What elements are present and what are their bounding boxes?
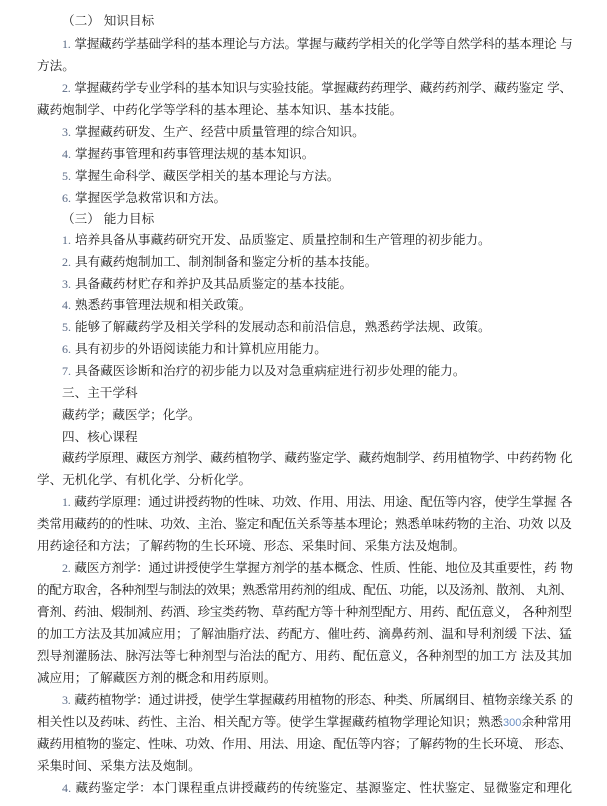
line-text-tail: 余种常用 [521,714,571,729]
text-line: 藏药炮制学、中药化学等学科的基本理论、基本知识、基本技能。 [37,102,402,118]
text-line: 四、核心课程 [62,429,138,445]
text-line: 5. 能够了解藏药学及相关学科的发展动态和前沿信息，熟悉药学法规、政策。 [62,319,491,335]
list-number: 3. [62,693,71,707]
text-line: 烈导剂灌肠法、脉泻法等七种剂型与治法的配方、用药、配伍意义，各种剂型的加工方 法… [37,648,572,664]
text-line: 用药途径和方法；了解药物的生长环境、形态、采集时间、采集方法及炮制。 [37,538,465,554]
line-text: 膏剂、药油、煅制剂、药酒、珍宝类药物、草药配方等十种剂型配方、用药、配伍意义， … [37,604,572,619]
line-text: 藏药用植物的鉴定、性味、功效、作用、用法、用途、配伍等内容；了解药物的生长环境、… [37,736,572,751]
line-text: 能够了解藏药学及相关学科的发展动态和前沿信息，熟悉药学法规、政策。 [75,319,491,334]
text-line: （二） 知识目标 [62,13,154,29]
text-line: 6. 具有初步的外语阅读能力和计算机应用能力。 [62,341,327,357]
list-number: 3. [62,277,71,291]
line-text: 藏药鉴定学：本门课程重点讲授藏药的传统鉴定、基源鉴定、性状鉴定、显微鉴定和理化 [75,780,572,795]
line-text: 掌握药事管理和药事管理法规的基本知识。 [75,146,314,161]
line-text: 烈导剂灌肠法、脉泻法等七种剂型与治法的配方、用药、配伍意义，各种剂型的加工方 法… [37,648,572,663]
text-line: 1. 藏药学原理：通过讲授药物的性味、功效、作用、用法、用途、配伍等内容，使学生… [62,494,572,510]
text-line: 3. 具备藏药材贮存和养护及其品质鉴定的基本技能。 [62,276,352,292]
line-text: 掌握藏药研发、生产、经营中质量管理的综合知识。 [75,124,365,139]
line-text: 掌握藏药学基础学科的基本理论与方法。掌握与藏药学相关的化学等自然学科的基本理论 … [74,36,572,51]
line-text: 掌握医学急救常识和方法。 [75,190,226,205]
list-number: 1. [62,37,71,51]
text-line: （三） 能力目标 [62,211,154,227]
text-line: 6. 掌握医学急救常识和方法。 [62,190,226,206]
text-line: 采集时间、采集方法及炮制。 [37,758,201,774]
text-line: 藏药用植物的鉴定、性味、功效、作用、用法、用途、配伍等内容；了解药物的生长环境、… [37,736,572,752]
text-line: 学、无机化学、有机化学、分析化学。 [37,472,251,488]
list-number: 2. [62,81,71,95]
line-text: （三） 能力目标 [62,211,154,226]
text-line: 方法。 [37,58,75,74]
text-line: 4. 藏药鉴定学：本门课程重点讲授藏药的传统鉴定、基源鉴定、性状鉴定、显微鉴定和… [62,780,572,796]
text-line: 2. 藏医方剂学：通过讲授使学生掌握方剂学的基本概念、性质、性能、地位及其重要性… [62,560,573,576]
text-line: 4. 掌握药事管理和药事管理法规的基本知识。 [62,146,314,162]
text-line: 减应用；了解藏医方剂的概念和用药原则。 [37,670,276,686]
text-line: 三、主干学科 [62,385,138,401]
line-text: 具有藏药炮制加工、制剂制备和鉴定分析的基本技能。 [75,254,377,269]
line-text: 藏医方剂学：通过讲授使学生掌握方剂学的基本概念、性质、性能、地位及其重要性，药 … [74,560,572,575]
text-line: 的加工方法及其加减应用；了解油脂疗法、药配方、催吐药、滴鼻药剂、温和导利剂缓 下… [37,626,572,642]
line-text: （二） 知识目标 [62,13,154,28]
line-text: 采集时间、采集方法及炮制。 [37,758,201,773]
text-line: 3. 藏药植物学：通过讲授，使学生掌握藏药用植物的形态、种类、所属纲目、植物亲缘… [62,692,573,708]
list-number: 1. [62,233,71,247]
line-text: 藏药学；藏医学；化学。 [62,407,201,422]
line-text: 具有初步的外语阅读能力和计算机应用能力。 [75,341,327,356]
list-number: 3. [62,125,71,139]
list-number: 4. [62,147,71,161]
list-number: 6. [62,342,71,356]
line-text: 藏药植物学：通过讲授，使学生掌握藏药用植物的形态、种类、所属纲目、植物亲缘关系 … [74,692,572,707]
list-number: 4. [62,781,71,795]
list-number: 2. [62,255,71,269]
text-line: 5. 掌握生命科学、藏医学相关的基本理论与方法。 [62,168,339,184]
text-line: 类常用藏药的的性味、功效、主治、鉴定和配伍关系等基本理论；熟悉单味药物的主治、功… [37,516,572,532]
list-number: 4. [62,298,71,312]
list-number: 5. [62,169,71,183]
text-line: 3. 掌握藏药研发、生产、经营中质量管理的综合知识。 [62,124,365,140]
text-line: 2. 掌握藏药学专业学科的基本知识与实验技能。掌握藏药药理学、藏药药剂学、藏药鉴… [62,80,572,96]
line-text: 四、核心课程 [62,429,138,444]
line-text: 的加工方法及其加减应用；了解油脂疗法、药配方、催吐药、滴鼻药剂、温和导利剂缓 下… [37,626,572,641]
line-text: 掌握生命科学、藏医学相关的基本理论与方法。 [75,168,339,183]
line-text: 类常用藏药的的性味、功效、主治、鉴定和配伍关系等基本理论；熟悉单味药物的主治、功… [37,516,572,531]
list-number: 2. [62,561,71,575]
text-line: 相关性以及药味、药性、主治、相关配方等。使学生掌握藏药植物学理论知识；熟悉300… [37,714,572,731]
text-line: 藏药学原理、藏医方剂学、藏药植物学、藏药鉴定学、藏药炮制学、药用植物学、中药药物… [62,450,572,466]
line-text: 具备藏医诊断和治疗的初步能力以及对急重病症进行初步处理的能力。 [75,363,465,378]
line-text: 减应用；了解藏医方剂的概念和用药原则。 [37,670,276,685]
line-text: 藏药炮制学、中药化学等学科的基本理论、基本知识、基本技能。 [37,102,402,117]
line-text: 藏药学原理：通过讲授药物的性味、功效、作用、用法、用途、配伍等内容，使学生掌握 … [74,494,572,509]
text-line: 藏药学；藏医学；化学。 [62,407,201,423]
list-number: 1. [62,495,71,509]
line-text: 掌握藏药学专业学科的基本知识与实验技能。掌握藏药药理学、藏药药剂学、藏药鉴定 学… [74,80,572,95]
text-line: 1. 培养具备从事藏药研究开发、品质鉴定、质量控制和生产管理的初步能力。 [62,232,491,248]
text-line: 的配方取舍，各种剂型与制法的效果；熟悉常用药剂的组成、配伍、功能，以及汤剂、散剂… [37,582,572,598]
line-text: 方法。 [37,58,75,73]
list-number: 5. [62,320,71,334]
list-number: 7. [62,364,71,378]
line-text: 藏药学原理、藏医方剂学、藏药植物学、藏药鉴定学、藏药炮制学、药用植物学、中药药物… [62,450,572,465]
line-text: 用药途径和方法；了解药物的生长环境、形态、采集时间、采集方法及炮制。 [37,538,465,553]
text-line: 7. 具备藏医诊断和治疗的初步能力以及对急重病症进行初步处理的能力。 [62,363,465,379]
text-line: 1. 掌握藏药学基础学科的基本理论与方法。掌握与藏药学相关的化学等自然学科的基本… [62,36,573,52]
line-text: 学、无机化学、有机化学、分析化学。 [37,472,251,487]
line-text: 熟悉药事管理法规和相关政策。 [75,297,251,312]
line-text: 培养具备从事藏药研究开发、品质鉴定、质量控制和生产管理的初步能力。 [75,232,491,247]
text-line: 4. 熟悉药事管理法规和相关政策。 [62,297,251,313]
line-text: 具备藏药材贮存和养护及其品质鉴定的基本技能。 [75,276,352,291]
line-text: 三、主干学科 [62,385,138,400]
text-line: 膏剂、药油、煅制剂、药酒、珍宝类药物、草药配方等十种剂型配方、用药、配伍意义， … [37,604,572,620]
line-text: 的配方取舍，各种剂型与制法的效果；熟悉常用药剂的组成、配伍、功能，以及汤剂、散剂… [37,582,572,597]
line-text: 相关性以及药味、药性、主治、相关配方等。使学生掌握藏药植物学理论知识；熟悉 [37,714,503,729]
highlighted-number: 300 [503,717,521,729]
text-line: 2. 具有藏药炮制加工、制剂制备和鉴定分析的基本技能。 [62,254,377,270]
list-number: 6. [62,191,71,205]
